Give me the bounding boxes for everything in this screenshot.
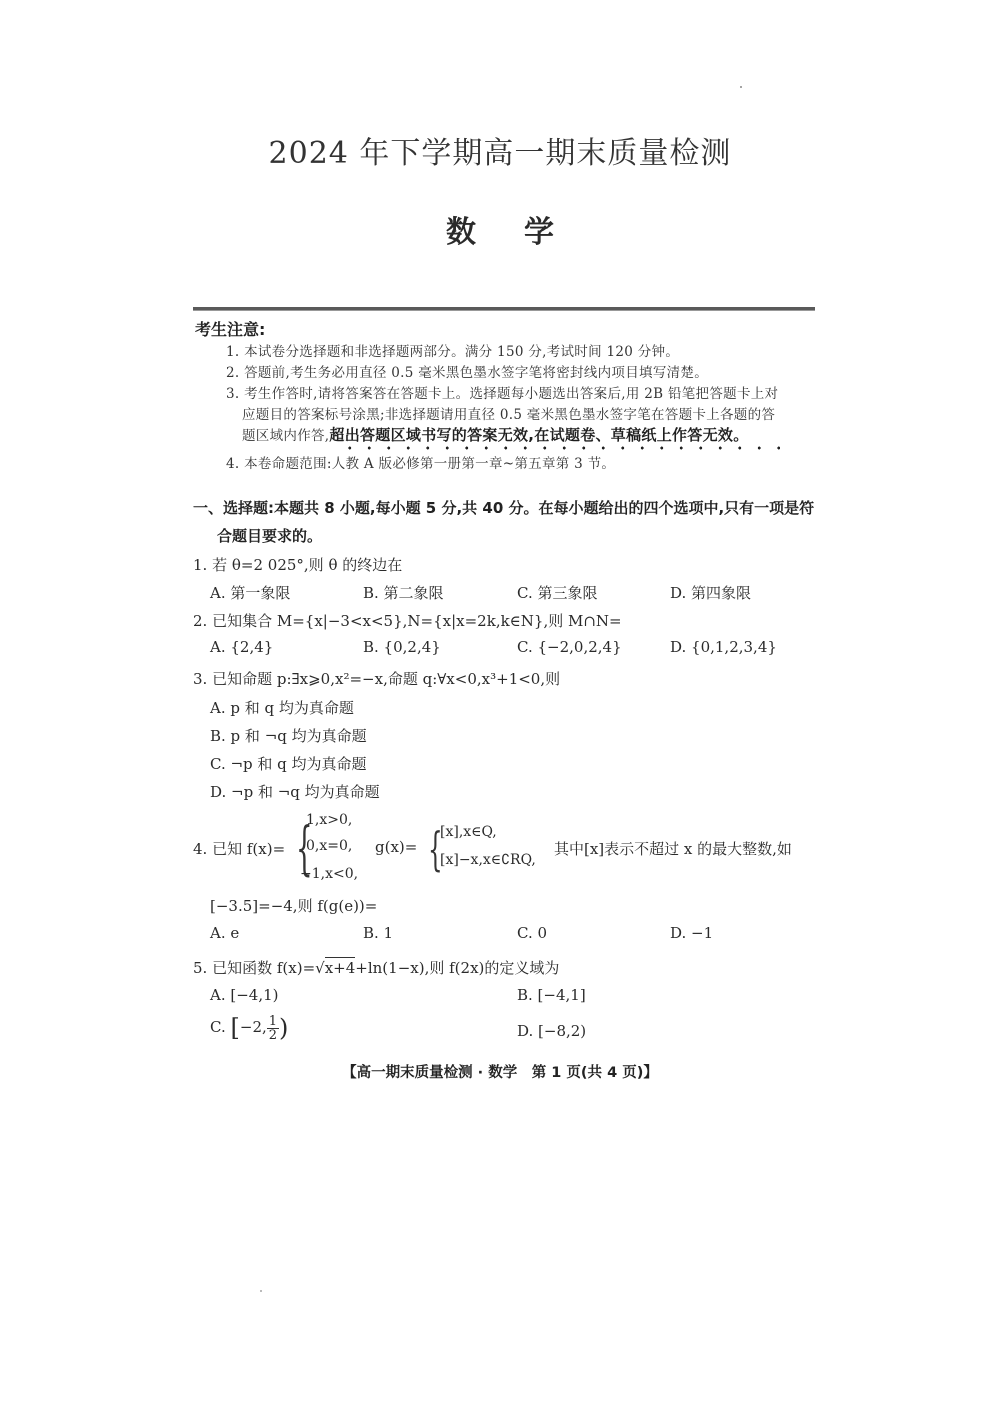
question-stem: 已知集合 M={x|−3<x<5},N={x|x=2k,k∈N},则 M∩N= [212,612,622,630]
sqrt-symbol: √ [315,959,325,977]
q1-option-d[interactable]: D. 第四象限 [670,582,751,603]
q3-option-b[interactable]: B. p 和 ¬q 均为真命题 [210,725,367,746]
section-heading: 一、选择题:本题共 8 小题,每小题 5 分,共 40 分。在每小题给出的四个选… [193,497,814,518]
question-mid: +ln(1−x),则 f(2x)的定义域为 [355,959,559,977]
emphasis-dots [340,446,780,450]
interval-left: −2, [240,1018,267,1036]
q5-option-b[interactable]: B. [−4,1] [517,986,586,1004]
question-number: 2. [193,612,207,630]
fraction-denominator: 2 [267,1029,279,1042]
question-2: 2. 已知集合 M={x|−3<x<5},N={x|x=2k,k∈N},则 M∩… [193,610,622,631]
q3-option-d[interactable]: D. ¬p 和 ¬q 均为真命题 [210,781,380,802]
q3-option-c[interactable]: C. ¬p 和 q 均为真命题 [210,753,367,774]
subject-title: 数学 [0,207,1000,251]
notice-emphasis: 超出答题区域书写的答案无效,在试题卷、草稿纸上作答无效。 [329,426,748,444]
question-stem: 已知命题 p:∃x⩾0,x²=−x,命题 q:∀x<0,x³+1<0,则 [212,670,560,688]
g-case-1: [x],x∈Q, [440,824,497,840]
question-4-prefix: 4. 已知 f(x)= [193,838,285,859]
q5-option-a[interactable]: A. [−4,1) [210,986,279,1004]
f-case-3: −1,x<0, [300,866,358,882]
page-footer: 【高一期末质量检测 · 数学 第 1 页(共 4 页)】 [0,1061,1000,1082]
q5-option-d[interactable]: D. [−8,2) [517,1022,586,1040]
q1-option-b[interactable]: B. 第二象限 [363,582,444,603]
question-stem: 若 θ=2 025°,则 θ 的终边在 [212,556,402,574]
subject-char: 数 [446,207,476,251]
notice-heading: 考生注意: [195,317,265,340]
q5-option-c[interactable]: C. [−2,12) [210,1014,288,1042]
subject-char: 学 [524,207,554,251]
q2-option-c[interactable]: C. {−2,0,2,4} [517,638,622,656]
question-prefix: 5. 已知函数 f(x)= [193,959,315,977]
fraction: 12 [267,1015,279,1042]
notice-item-1: 1. 本试卷分选择题和非选择题两部分。满分 150 分,考试时间 120 分钟。 [226,340,679,360]
notice-item-3-cont: 应题目的答案标号涂黑;非选择题请用直径 0.5 毫米黑色墨水签字笔在答题卡上各题… [242,403,775,423]
q4-option-a[interactable]: A. e [210,924,239,942]
scan-speck [260,1290,262,1292]
question-number: 3. [193,670,207,688]
q4-option-c[interactable]: C. 0 [517,924,547,942]
option-label: C. [210,1018,226,1036]
divider-rule [193,307,815,311]
g-label: g(x)= [375,838,417,856]
q2-option-a[interactable]: A. {2,4} [210,638,273,656]
notice-item-3-cont2: 题区域内作答,超出答题区域书写的答案无效,在试题卷、草稿纸上作答无效。 [242,424,749,445]
q2-option-d[interactable]: D. {0,1,2,3,4} [670,638,777,656]
notice-plain-text: 题区域内作答, [242,428,329,444]
g-case-2: [x]−x,x∈∁RQ, [440,852,536,868]
fraction-numerator: 1 [267,1015,279,1029]
f-case-2: 0,x=0, [306,838,352,854]
exam-title: 2024 年下学期高一期末质量检测 [0,128,1000,172]
notice-item-2: 2. 答题前,考生务必用直径 0.5 毫米黑色墨水签字笔将密封线内项目填写清楚。 [226,361,708,381]
q2-option-b[interactable]: B. {0,2,4} [363,638,441,656]
section-heading-cont: 合题目要求的。 [217,525,322,546]
f-case-1: 1,x>0, [306,812,352,828]
question-3: 3. 已知命题 p:∃x⩾0,x²=−x,命题 q:∀x<0,x³+1<0,则 [193,668,560,689]
question-number: 1. [193,556,207,574]
q1-option-a[interactable]: A. 第一象限 [210,582,290,603]
question-5: 5. 已知函数 f(x)=√x+4+ln(1−x),则 f(2x)的定义域为 [193,957,559,978]
question-4-line2: [−3.5]=−4,则 f(g(e))= [210,895,377,916]
q3-option-a[interactable]: A. p 和 q 均为真命题 [210,697,354,718]
sqrt-content: x+4 [325,957,356,977]
q4-option-d[interactable]: D. −1 [670,924,713,942]
question-1: 1. 若 θ=2 025°,则 θ 的终边在 [193,554,402,575]
q1-option-c[interactable]: C. 第三象限 [517,582,597,603]
notice-item-4: 4. 本卷命题范围:人教 A 版必修第一册第一章~第五章第 3 节。 [226,452,615,472]
exam-page: 2024 年下学期高一期末质量检测 数学 考生注意: 1. 本试卷分选择题和非选… [0,0,1000,1414]
scan-speck [740,86,742,88]
notice-item-3: 3. 考生作答时,请将答案答在答题卡上。选择题每小题选出答案后,用 2B 铅笔把… [226,382,778,402]
right-paren: ) [279,1014,288,1042]
question-4-suffix: 其中[x]表示不超过 x 的最大整数,如 [554,838,792,859]
left-bracket: [ [231,1014,240,1042]
q4-option-b[interactable]: B. 1 [363,924,393,942]
